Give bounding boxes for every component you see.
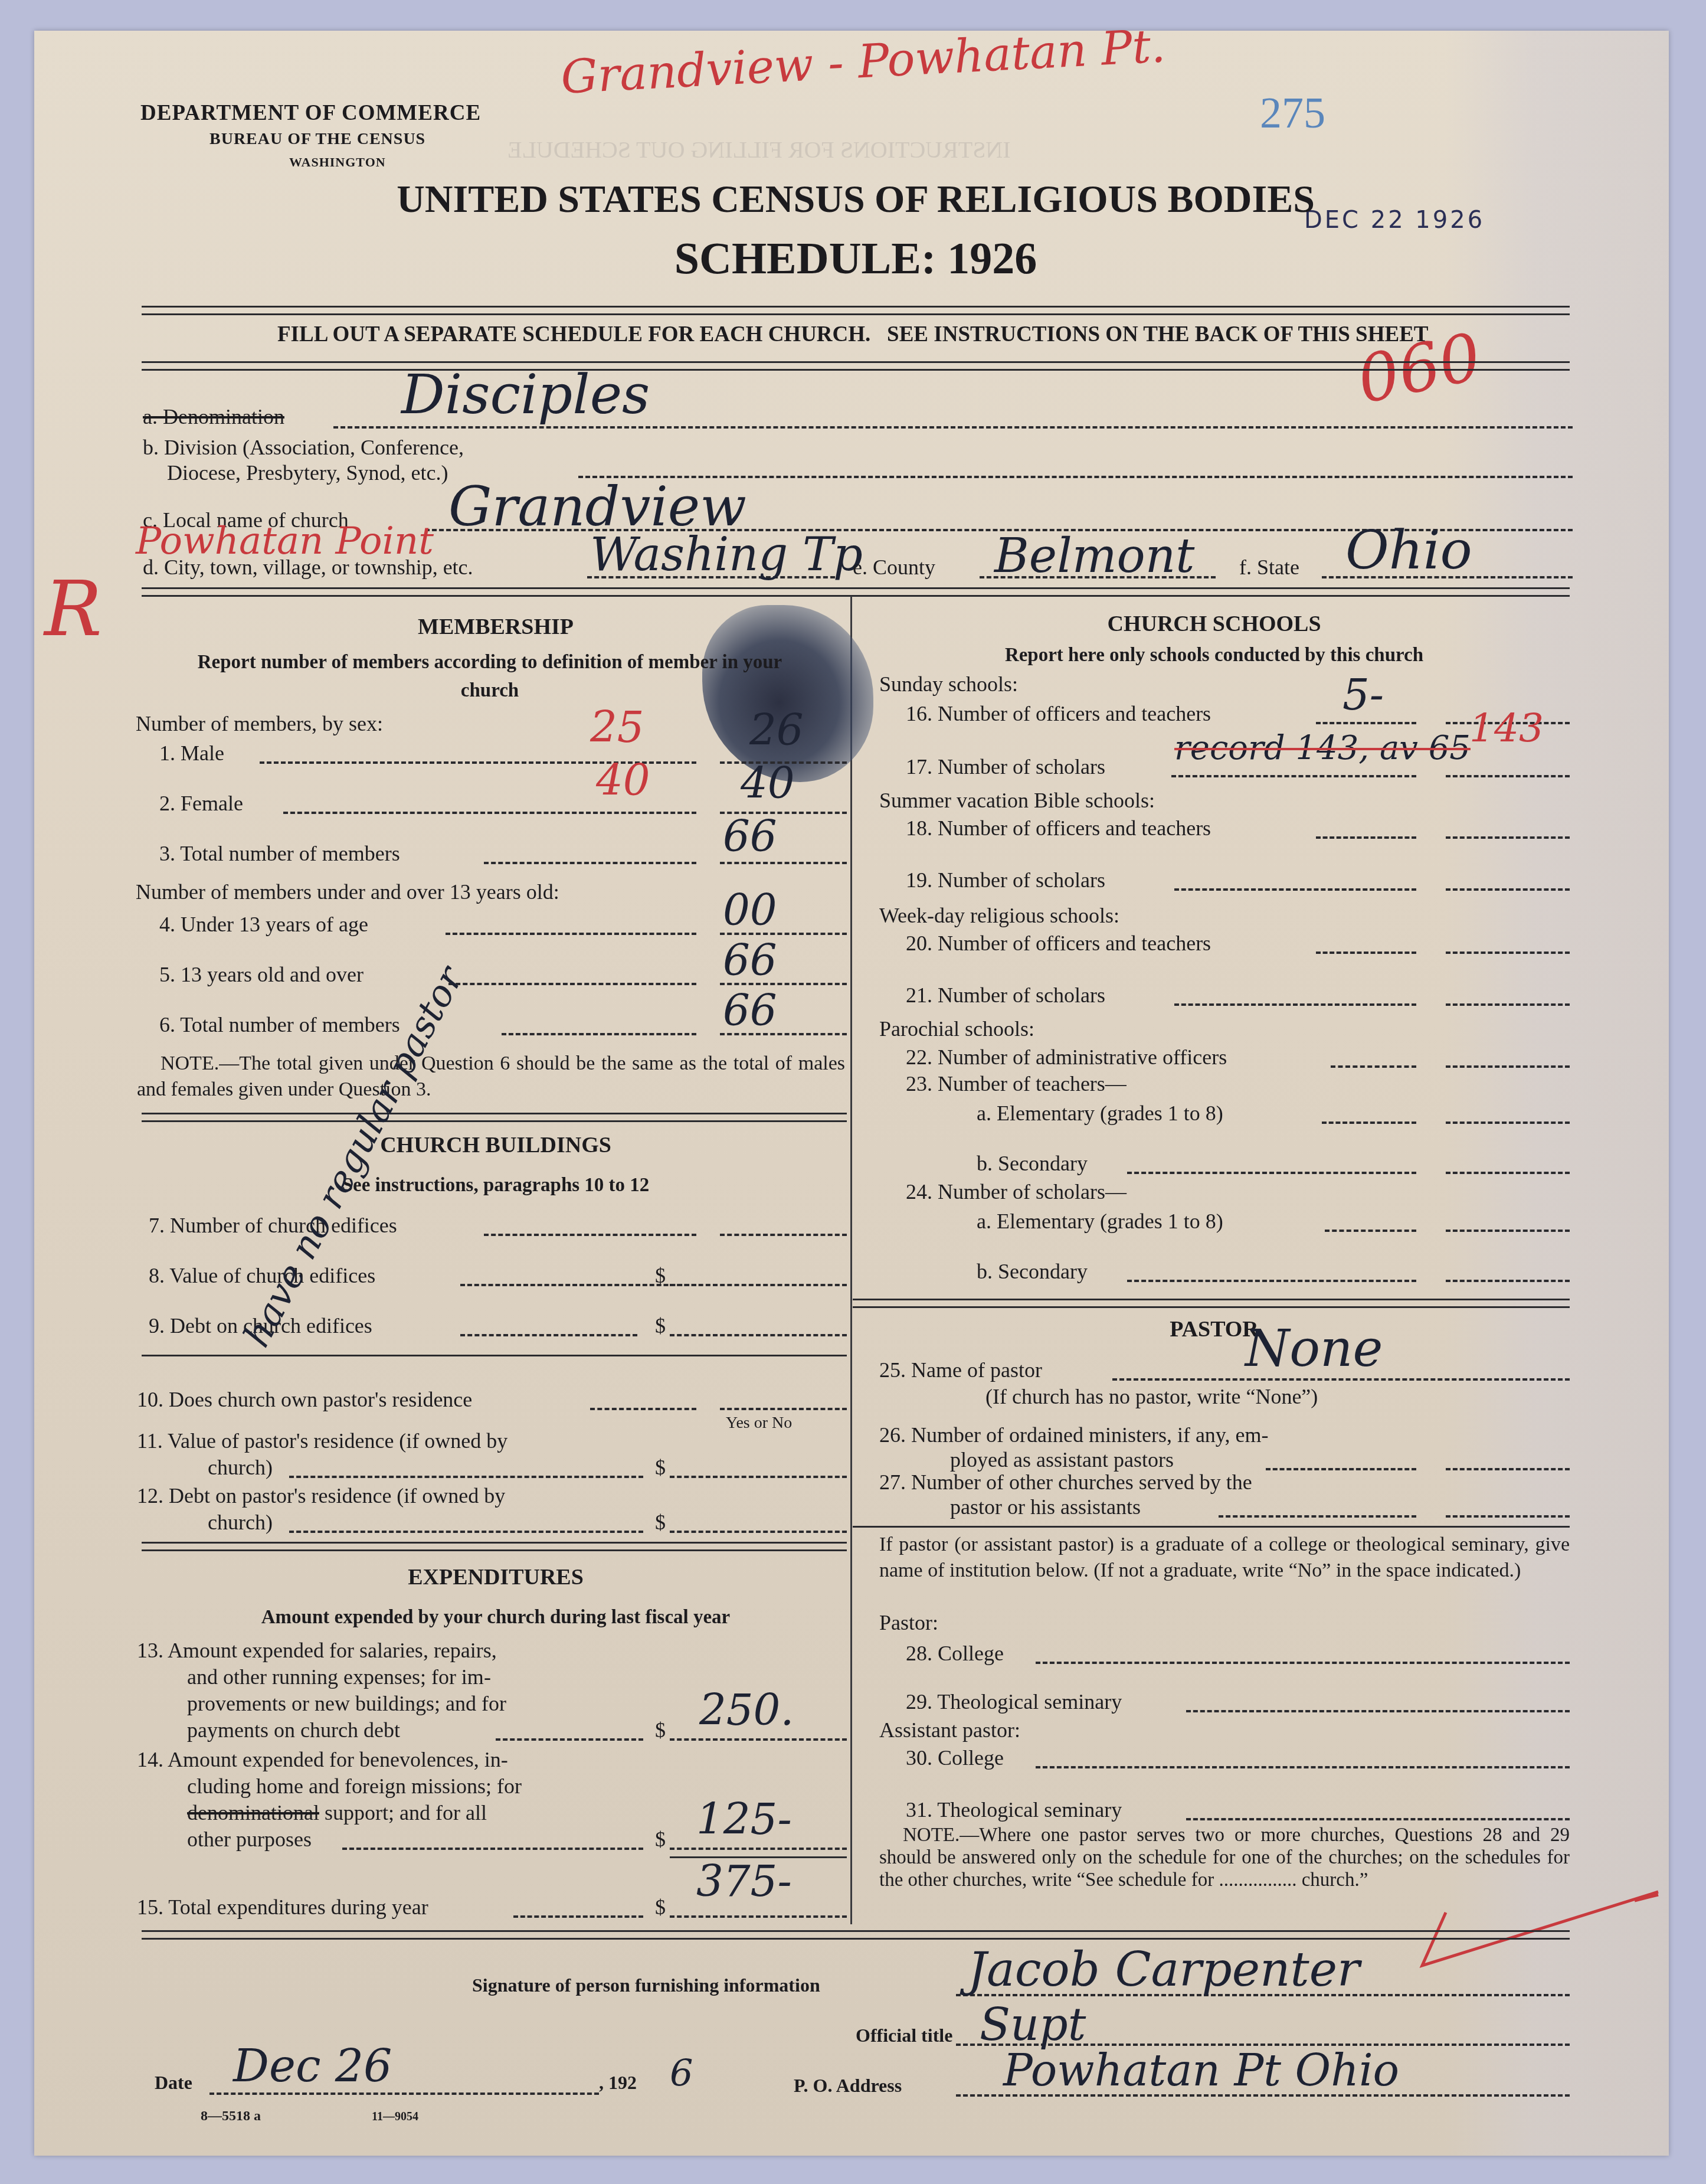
red-letter-mark: R — [44, 564, 102, 653]
q16-field-line-1[interactable] — [1316, 722, 1416, 724]
division-label-2: Diocese, Presbytery, Synod, etc.) — [167, 460, 448, 485]
q11-value-residence-label-2: church) — [208, 1455, 273, 1480]
q25-field-line[interactable] — [1112, 1378, 1570, 1381]
q13-label-2: and other running expenses; for im- — [187, 1665, 491, 1689]
q11-field-line[interactable] — [670, 1476, 847, 1478]
q4-under-13-label: 4. Under 13 years of age — [159, 912, 368, 937]
q1-male-label: 1. Male — [159, 741, 224, 766]
q24b-label: b. Secondary — [977, 1259, 1088, 1284]
membership-note: NOTE.—The total given under Question 6 s… — [137, 1051, 845, 1103]
q28-field-line[interactable] — [1036, 1662, 1570, 1664]
q20-field-line-2[interactable] — [1446, 952, 1570, 954]
q15-value: 375- — [696, 1856, 792, 1906]
q2-leader — [283, 812, 696, 814]
church-buildings-heading: CHURCH BUILDINGS — [142, 1132, 850, 1158]
q15-leader — [513, 1915, 643, 1918]
county-label: e. County — [853, 555, 935, 580]
q12-leader — [289, 1531, 643, 1533]
q8-field-line[interactable] — [670, 1284, 847, 1286]
q16-value: 5- — [1342, 670, 1384, 720]
q6-total-value: 66 — [723, 986, 777, 1035]
date-value: Dec 26 — [233, 2039, 392, 2092]
q17-label: 17. Number of scholars — [906, 754, 1105, 779]
q21-label: 21. Number of scholars — [906, 983, 1105, 1008]
denomination-field-line[interactable] — [333, 426, 1573, 429]
q3-leader — [484, 862, 696, 864]
state-value: Ohio — [1345, 519, 1472, 581]
q13-label-3: provements or new buildings; and for — [187, 1691, 506, 1716]
q28-label: 28. College — [906, 1641, 1004, 1666]
county-value: Belmont — [994, 528, 1194, 583]
q22-field-line-2[interactable] — [1446, 1065, 1570, 1068]
q24b-field-line-1[interactable] — [1127, 1280, 1416, 1282]
q5-13-and-over-value: 66 — [723, 936, 777, 985]
q30-label: 30. College — [906, 1745, 1004, 1770]
q26-field-line-1[interactable] — [1266, 1468, 1416, 1470]
church-schools-subheading: Report here only schools conducted by th… — [856, 645, 1573, 666]
official-title-value: Supt — [980, 1998, 1086, 2051]
signature-label: Signature of person furnishing informati… — [472, 1974, 820, 1996]
bureau-label: BUREAU OF THE CENSUS — [209, 130, 425, 149]
q21-field-line-2[interactable] — [1446, 1003, 1570, 1006]
po-address-value: Powhatan Pt Ohio — [1003, 2045, 1399, 2096]
summer-schools-label: Summer vacation Bible schools: — [879, 788, 1155, 813]
date-label: Date — [155, 2072, 192, 2094]
q9-leader — [460, 1334, 637, 1336]
q13-field-line[interactable] — [670, 1738, 847, 1741]
pastor-rule — [853, 1526, 1570, 1528]
q16-label: 16. Number of officers and teachers — [906, 701, 1211, 726]
q12-dollar-sign: $ — [655, 1510, 666, 1535]
q14-dollar-sign: $ — [655, 1827, 666, 1852]
pastor-heading: PASTOR — [856, 1316, 1573, 1342]
q21-field-line-1[interactable] — [1174, 1003, 1416, 1006]
q12-debt-residence-label-2: church) — [208, 1510, 273, 1535]
q27-field-line-2[interactable] — [1446, 1515, 1570, 1518]
q9-dollar-sign: $ — [655, 1313, 666, 1338]
date-field-line[interactable] — [209, 2093, 599, 2095]
q12-field-line[interactable] — [670, 1531, 847, 1533]
q14-label-1: 14. Amount expended for benevolences, in… — [137, 1747, 508, 1772]
church-schools-rule — [853, 1299, 1570, 1308]
q29-field-line[interactable] — [1186, 1710, 1570, 1712]
q13-label-1: 13. Amount expended for salaries, repair… — [137, 1638, 497, 1663]
q13-value: 250. — [699, 1685, 794, 1735]
footer-rule — [142, 1930, 1570, 1940]
q14-value: 125- — [696, 1794, 792, 1844]
q1-male-value: 26 — [749, 705, 804, 755]
q18-label: 18. Number of officers and teachers — [906, 816, 1211, 841]
q30-field-line[interactable] — [1036, 1766, 1570, 1768]
q14-field-line[interactable] — [670, 1848, 847, 1850]
membership-subheading: Report number of members according to de… — [177, 648, 803, 705]
weekday-schools-label: Week-day religious schools: — [879, 903, 1119, 928]
q3-total-label: 3. Total number of members — [159, 841, 400, 866]
city-value: Washing Tp — [590, 528, 863, 581]
po-address-label: P. O. Address — [794, 2075, 902, 2097]
q12-debt-residence-label-1: 12. Debt on pastor's residence (if owned… — [137, 1483, 505, 1508]
membership-rule — [142, 1113, 847, 1122]
q8-dollar-sign: $ — [655, 1263, 666, 1288]
washington-label: WASHINGTON — [289, 155, 386, 170]
q4-under-13-value: 00 — [723, 885, 777, 935]
q10-own-residence-label: 10. Does church own pastor's residence — [137, 1387, 472, 1412]
q15-total-label: 15. Total expenditures during year — [137, 1895, 428, 1920]
q13-label-4: payments on church debt — [187, 1718, 400, 1742]
q26-field-line-2[interactable] — [1446, 1468, 1570, 1470]
stamp-number: 275 — [1260, 89, 1325, 139]
column-divider — [850, 596, 852, 1924]
city-label: d. City, town, village, or township, etc… — [143, 555, 473, 580]
q5-leader — [448, 983, 696, 985]
q17-field-line-1[interactable] — [1171, 775, 1416, 777]
q9-field-line[interactable] — [670, 1334, 847, 1336]
q6-leader — [502, 1033, 696, 1035]
q22-field-line-1[interactable] — [1331, 1065, 1416, 1068]
q3-total-value: 66 — [723, 812, 777, 861]
denomination-label: a. Denomination — [143, 404, 284, 429]
q15-field-line[interactable] — [670, 1915, 847, 1918]
assistant-pastor-subheading: Assistant pastor: — [879, 1718, 1020, 1742]
q17-red-correction: 143 — [1469, 705, 1544, 751]
q10-leader — [590, 1408, 696, 1410]
q19-field-line-2[interactable] — [1446, 888, 1570, 891]
red-check-mark — [1416, 1830, 1664, 1972]
q14-label-4: other purposes — [187, 1827, 312, 1852]
membership-heading: MEMBERSHIP — [142, 614, 850, 640]
year-suffix-value: 6 — [670, 2051, 693, 2094]
pastor-subheading: Pastor: — [879, 1610, 938, 1635]
q27-label-2: pastor or his assistants — [950, 1495, 1141, 1519]
members-by-age-label: Number of members under and over 13 year… — [136, 880, 559, 904]
q19-label: 19. Number of scholars — [906, 868, 1105, 892]
buildings-rule — [142, 1542, 847, 1551]
form-title: UNITED STATES CENSUS OF RELIGIOUS BODIES — [313, 177, 1399, 222]
q18-field-line-2[interactable] — [1446, 836, 1570, 839]
q23b-field-line-1[interactable] — [1127, 1172, 1416, 1174]
q24a-label: a. Elementary (grades 1 to 8) — [977, 1209, 1223, 1234]
header-rule-bottom — [142, 361, 1570, 371]
q26-label-1: 26. Number of ordained ministers, if any… — [879, 1423, 1269, 1447]
q19-field-line-1[interactable] — [1174, 888, 1416, 891]
q15-dollar-sign: $ — [655, 1895, 666, 1920]
q1-red-correction: 25 — [590, 702, 644, 752]
q17-field-line-2[interactable] — [1446, 775, 1570, 777]
q2-female-label: 2. Female — [159, 791, 243, 816]
graduate-instruction: If pastor (or assistant pastor) is a gra… — [879, 1532, 1570, 1584]
q23a-label: a. Elementary (grades 1 to 8) — [977, 1101, 1223, 1126]
q11-value-residence-label-1: 11. Value of pastor's residence (if owne… — [137, 1428, 507, 1453]
q23a-field-line-2[interactable] — [1446, 1122, 1570, 1124]
q3-field-line[interactable] — [720, 862, 847, 864]
q23a-field-line-1[interactable] — [1322, 1122, 1416, 1124]
q24-label: 24. Number of scholars— — [906, 1179, 1127, 1204]
q18-field-line-1[interactable] — [1316, 836, 1416, 839]
members-by-sex-label: Number of members, by sex: — [136, 711, 383, 736]
q13-dollar-sign: $ — [655, 1718, 666, 1742]
q4-leader — [446, 933, 696, 935]
expenditures-heading: EXPENDITURES — [142, 1564, 850, 1590]
q29-label: 29. Theological seminary — [906, 1689, 1122, 1714]
q24a-field-line-2[interactable] — [1446, 1230, 1570, 1232]
q25-label: 25. Name of pastor — [879, 1358, 1042, 1382]
q22-label: 22. Number of administrative officers — [906, 1045, 1227, 1070]
q24b-field-line-2[interactable] — [1446, 1280, 1570, 1282]
q7-field-line[interactable] — [720, 1234, 847, 1236]
q23-label: 23. Number of teachers— — [906, 1071, 1127, 1096]
church-schools-heading: CHURCH SCHOOLS — [856, 611, 1573, 637]
q13-leader — [496, 1738, 643, 1741]
identification-rule — [142, 587, 1570, 597]
q27-field-line-1[interactable] — [1219, 1515, 1416, 1518]
q6-total-label: 6. Total number of members — [159, 1012, 400, 1037]
expenditures-subheading: Amount expended by your church during la… — [142, 1607, 850, 1629]
q17-value: record 143, av 65 — [1174, 729, 1471, 767]
q7-leader — [484, 1234, 696, 1236]
official-title-label: Official title — [856, 2025, 952, 2046]
q27-label-1: 27. Number of other churches served by t… — [879, 1470, 1252, 1495]
buildings-mid-rule — [142, 1355, 847, 1356]
form-number: 8—5518 a — [201, 2108, 261, 2124]
q25-value: None — [1245, 1319, 1383, 1378]
yes-no-hint: Yes or No — [726, 1414, 792, 1433]
q14-label-2: cluding home and foreign missions; for — [187, 1774, 522, 1799]
form-subtitle: SCHEDULE: 1926 — [590, 233, 1121, 285]
print-number: 11—9054 — [372, 2110, 418, 2124]
year-prefix: , 192 — [599, 2072, 637, 2094]
q2-female-value: 40 — [741, 758, 795, 808]
q20-field-line-1[interactable] — [1316, 952, 1416, 954]
q20-label: 20. Number of officers and teachers — [906, 931, 1211, 956]
q25-hint: (If church has no pastor, write “None”) — [985, 1384, 1318, 1409]
q23b-field-line-2[interactable] — [1446, 1172, 1570, 1174]
q14-label-3: denominational support; and for all — [187, 1800, 487, 1825]
q24a-field-line-1[interactable] — [1325, 1230, 1416, 1232]
q23b-label: b. Secondary — [977, 1151, 1088, 1176]
q11-leader — [289, 1476, 643, 1478]
fill-out-instruction: FILL OUT A SEPARATE SCHEDULE FOR EACH CH… — [277, 322, 1429, 347]
show-through-heading: INSTRUCTIONS FOR FILLING OUT SCHEDULE — [507, 136, 1011, 164]
q2-red-correction: 40 — [596, 756, 650, 805]
q31-label: 31. Theological seminary — [906, 1797, 1122, 1822]
q31-field-line[interactable] — [1186, 1818, 1570, 1820]
q7-edifices-label: 7. Number of church edifices — [149, 1213, 397, 1238]
q14-leader — [342, 1848, 643, 1850]
denomination-value: Disciples — [401, 363, 650, 426]
header-rule-top — [142, 306, 1570, 315]
parochial-schools-label: Parochial schools: — [879, 1016, 1034, 1041]
church-buildings-subheading: See instructions, paragraphs 10 to 12 — [142, 1175, 850, 1196]
q11-dollar-sign: $ — [655, 1455, 666, 1480]
department-label: DEPARTMENT OF COMMERCE — [140, 100, 481, 126]
state-label: f. State — [1239, 555, 1299, 580]
q10-field-line[interactable] — [720, 1408, 847, 1410]
division-label-1: b. Division (Association, Conference, — [143, 435, 464, 460]
q26-label-2: ployed as assistant pastors — [950, 1447, 1174, 1472]
q5-13-and-over-label: 5. 13 years old and over — [159, 962, 364, 987]
sunday-schools-label: Sunday schools: — [879, 672, 1018, 697]
signature-value: Jacob Carpenter — [968, 1942, 1360, 1997]
